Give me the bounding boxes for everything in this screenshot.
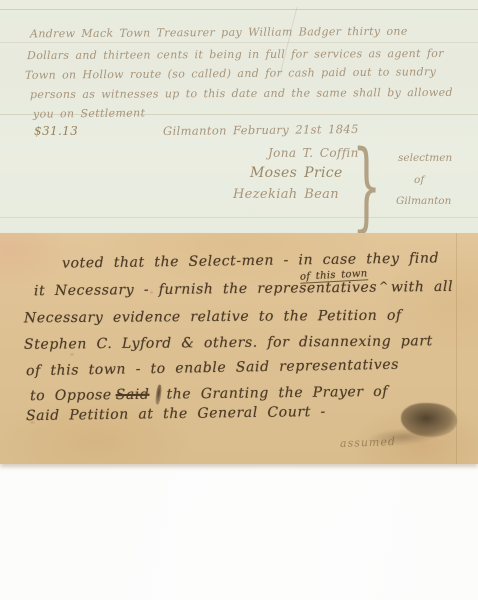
vertical-fold-line bbox=[456, 233, 457, 464]
manuscript-scan: Andrew Mack Town Treasurer pay William B… bbox=[0, 0, 478, 600]
manuscript-line: Town on Hollow route (so called) and for… bbox=[25, 65, 436, 82]
manuscript-line: Andrew Mack Town Treasurer pay William B… bbox=[30, 25, 408, 41]
place-date-line: Gilmanton February 21st 1845 bbox=[163, 122, 359, 138]
manuscript-line: Necessary evidence relative to the Petit… bbox=[24, 308, 402, 327]
upper-manuscript: Andrew Mack Town Treasurer pay William B… bbox=[0, 0, 478, 240]
manuscript-line: to OpposeSaidthe Granting the Prayer of bbox=[30, 382, 388, 404]
lower-manuscript: voted that the Select-men - in case they… bbox=[0, 233, 478, 464]
line2-end: with all bbox=[391, 279, 453, 296]
manuscript-line: Dollars and thirteen cents it being in f… bbox=[27, 47, 444, 62]
manuscript-line: Said Petition at the General Court - bbox=[26, 404, 326, 424]
manuscript-line: it Necessary - furnish the representativ… bbox=[34, 279, 453, 299]
amount-figure: $31.13 bbox=[34, 124, 78, 138]
fold-line bbox=[0, 42, 478, 43]
attestation-word: Gilmanton bbox=[396, 195, 451, 207]
struck-word: Said bbox=[116, 387, 150, 403]
manuscript-line: Stephen C. Lyford & others. for disannex… bbox=[24, 333, 433, 353]
brace-glyph: } bbox=[352, 138, 381, 234]
line2-start: it Necessary - furnish the representativ… bbox=[34, 280, 377, 300]
foxing-speck bbox=[70, 353, 74, 356]
manuscript-line: you on Settlement bbox=[33, 106, 145, 120]
fold-line bbox=[0, 217, 478, 218]
manuscript-line: voted that the Select-men - in case they… bbox=[62, 250, 439, 271]
signature-coffin: Jona T. Coffin bbox=[268, 146, 359, 160]
signature-price: Moses Price bbox=[250, 165, 343, 181]
attestation-word: of bbox=[414, 174, 424, 186]
line6-start: to Oppose bbox=[30, 387, 112, 404]
crease-line bbox=[280, 7, 298, 75]
ink-stroke-mark bbox=[154, 384, 162, 404]
manuscript-line: persons as witnesses up to this date and… bbox=[30, 86, 453, 101]
caret-mark: ^ bbox=[379, 279, 389, 292]
signature-bean: Hezekiah Bean bbox=[233, 187, 339, 202]
fold-line bbox=[0, 9, 478, 10]
attestation-word: selectmen bbox=[398, 152, 452, 164]
line6-end: the Granting the Prayer of bbox=[166, 384, 388, 403]
manuscript-line: of this town - to enable Said representa… bbox=[26, 357, 399, 380]
